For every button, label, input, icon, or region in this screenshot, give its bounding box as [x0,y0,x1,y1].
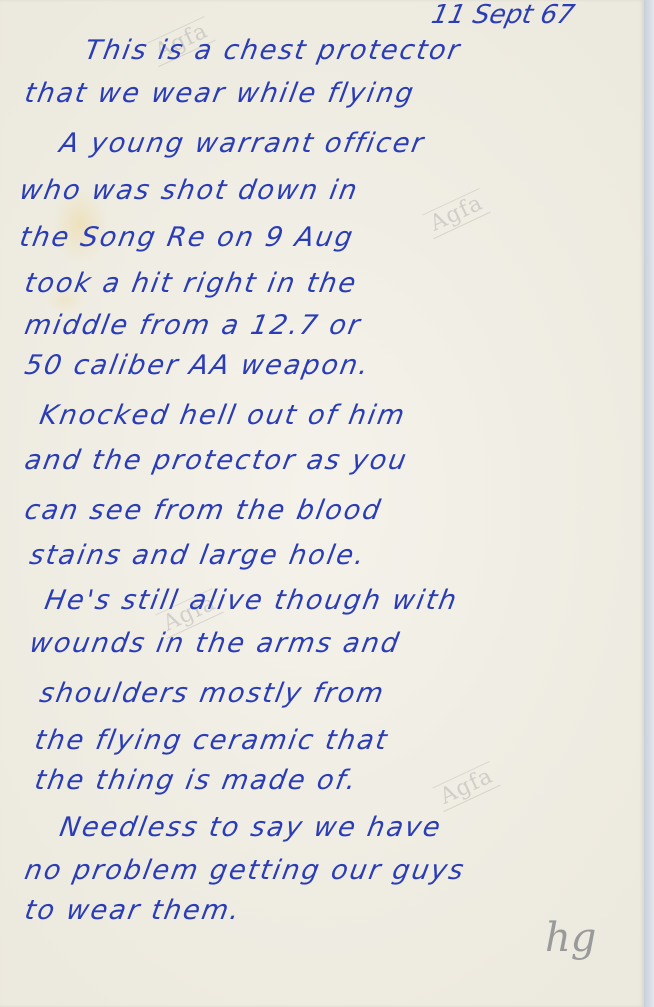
photo-back-paper: Agfa Agfa Agfa Agfa 11 Sept 67 This is a… [0,0,644,1007]
note-line: and the protector as you [22,445,410,476]
note-line: A young warrant officer [57,128,427,159]
note-line: who was shot down in [17,175,361,206]
note-line: wounds in the arms and [27,628,403,659]
note-line: the flying ceramic that [32,725,391,756]
note-line: Needless to say we have [57,812,444,843]
note-line: can see from the blood [22,495,384,526]
note-line: stains and large hole. [27,540,368,571]
scan-edge [644,0,654,1007]
note-line: This is a chest protector [82,35,463,66]
pencil-initials: hg [545,915,596,961]
note-line: He's still alive though with [42,585,460,616]
note-line: 50 caliber AA weapon. [22,350,372,381]
note-line: that we wear while flying [22,78,417,109]
note-line: shoulders mostly from [37,678,387,709]
note-line: no problem getting our guys [22,855,467,886]
note-line: the thing is made of. [32,765,360,796]
agfa-watermark: Agfa [432,761,501,812]
note-line: middle from a 12.7 or [22,310,364,341]
note-line: the Song Re on 9 Aug [17,222,357,253]
note-date: 11 Sept 67 [429,0,577,30]
note-line: took a hit right in the [22,268,360,299]
note-line: Knocked hell out of him [37,400,408,431]
note-line: to wear them. [22,895,243,926]
agfa-watermark: Agfa [422,188,491,239]
